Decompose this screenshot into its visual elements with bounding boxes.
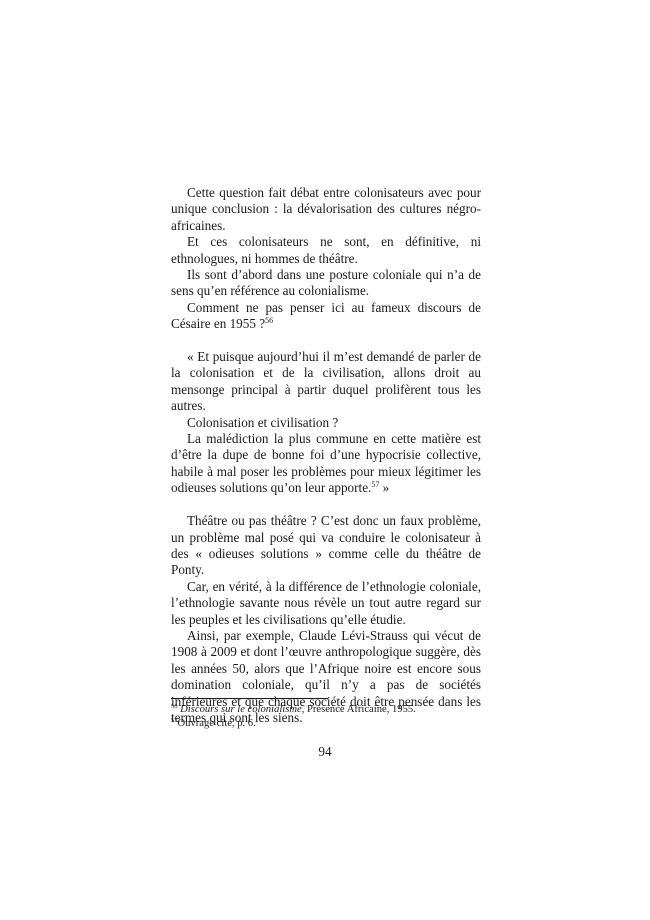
footnote-title: Discours sur le colonialisme bbox=[180, 704, 302, 715]
footnote-57: 57Ouvrage cité, p. 6. bbox=[171, 717, 481, 731]
footnote-56: 56 Discours sur le colonialisme, Présenc… bbox=[171, 703, 481, 717]
spacer bbox=[171, 497, 481, 513]
paragraph: Cette question fait débat entre colonisa… bbox=[171, 185, 481, 234]
quote-text: La malédiction la plus commune en cette … bbox=[171, 431, 481, 495]
page-number: 94 bbox=[0, 744, 650, 760]
footnote-text: Ouvrage cité, p. 6. bbox=[178, 718, 256, 729]
footnote-ref: 56 bbox=[265, 316, 273, 325]
footnotes: 56 Discours sur le colonialisme, Présenc… bbox=[171, 703, 481, 730]
block-quote: « Et puisque aujourd’hui il m’est demand… bbox=[171, 349, 481, 497]
paragraph: Car, en vérité, à la différence de l’eth… bbox=[171, 579, 481, 628]
paragraph: Comment ne pas penser ici au fameux disc… bbox=[171, 300, 481, 333]
paragraph: Et ces colonisateurs ne sont, en définit… bbox=[171, 234, 481, 267]
paragraph: Ils sont d’abord dans une posture coloni… bbox=[171, 267, 481, 300]
document-page: Cette question fait débat entre colonisa… bbox=[0, 0, 650, 920]
footnote-number: 56 bbox=[171, 703, 178, 710]
footnote-divider bbox=[171, 698, 328, 699]
quote-paragraph: Colonisation et civilisation ? bbox=[171, 415, 481, 431]
paragraph: Théâtre ou pas théâtre ? C’est donc un f… bbox=[171, 513, 481, 579]
quote-close: » bbox=[379, 480, 389, 495]
quote-paragraph: « Et puisque aujourd’hui il m’est demand… bbox=[171, 349, 481, 415]
body-text: Cette question fait débat entre colonisa… bbox=[171, 185, 481, 726]
footnote-text: , Présence Africaine, 1955. bbox=[302, 704, 416, 715]
paragraph-text: Comment ne pas penser ici au fameux disc… bbox=[171, 300, 481, 331]
spacer bbox=[171, 333, 481, 349]
quote-paragraph: La malédiction la plus commune en cette … bbox=[171, 431, 481, 497]
